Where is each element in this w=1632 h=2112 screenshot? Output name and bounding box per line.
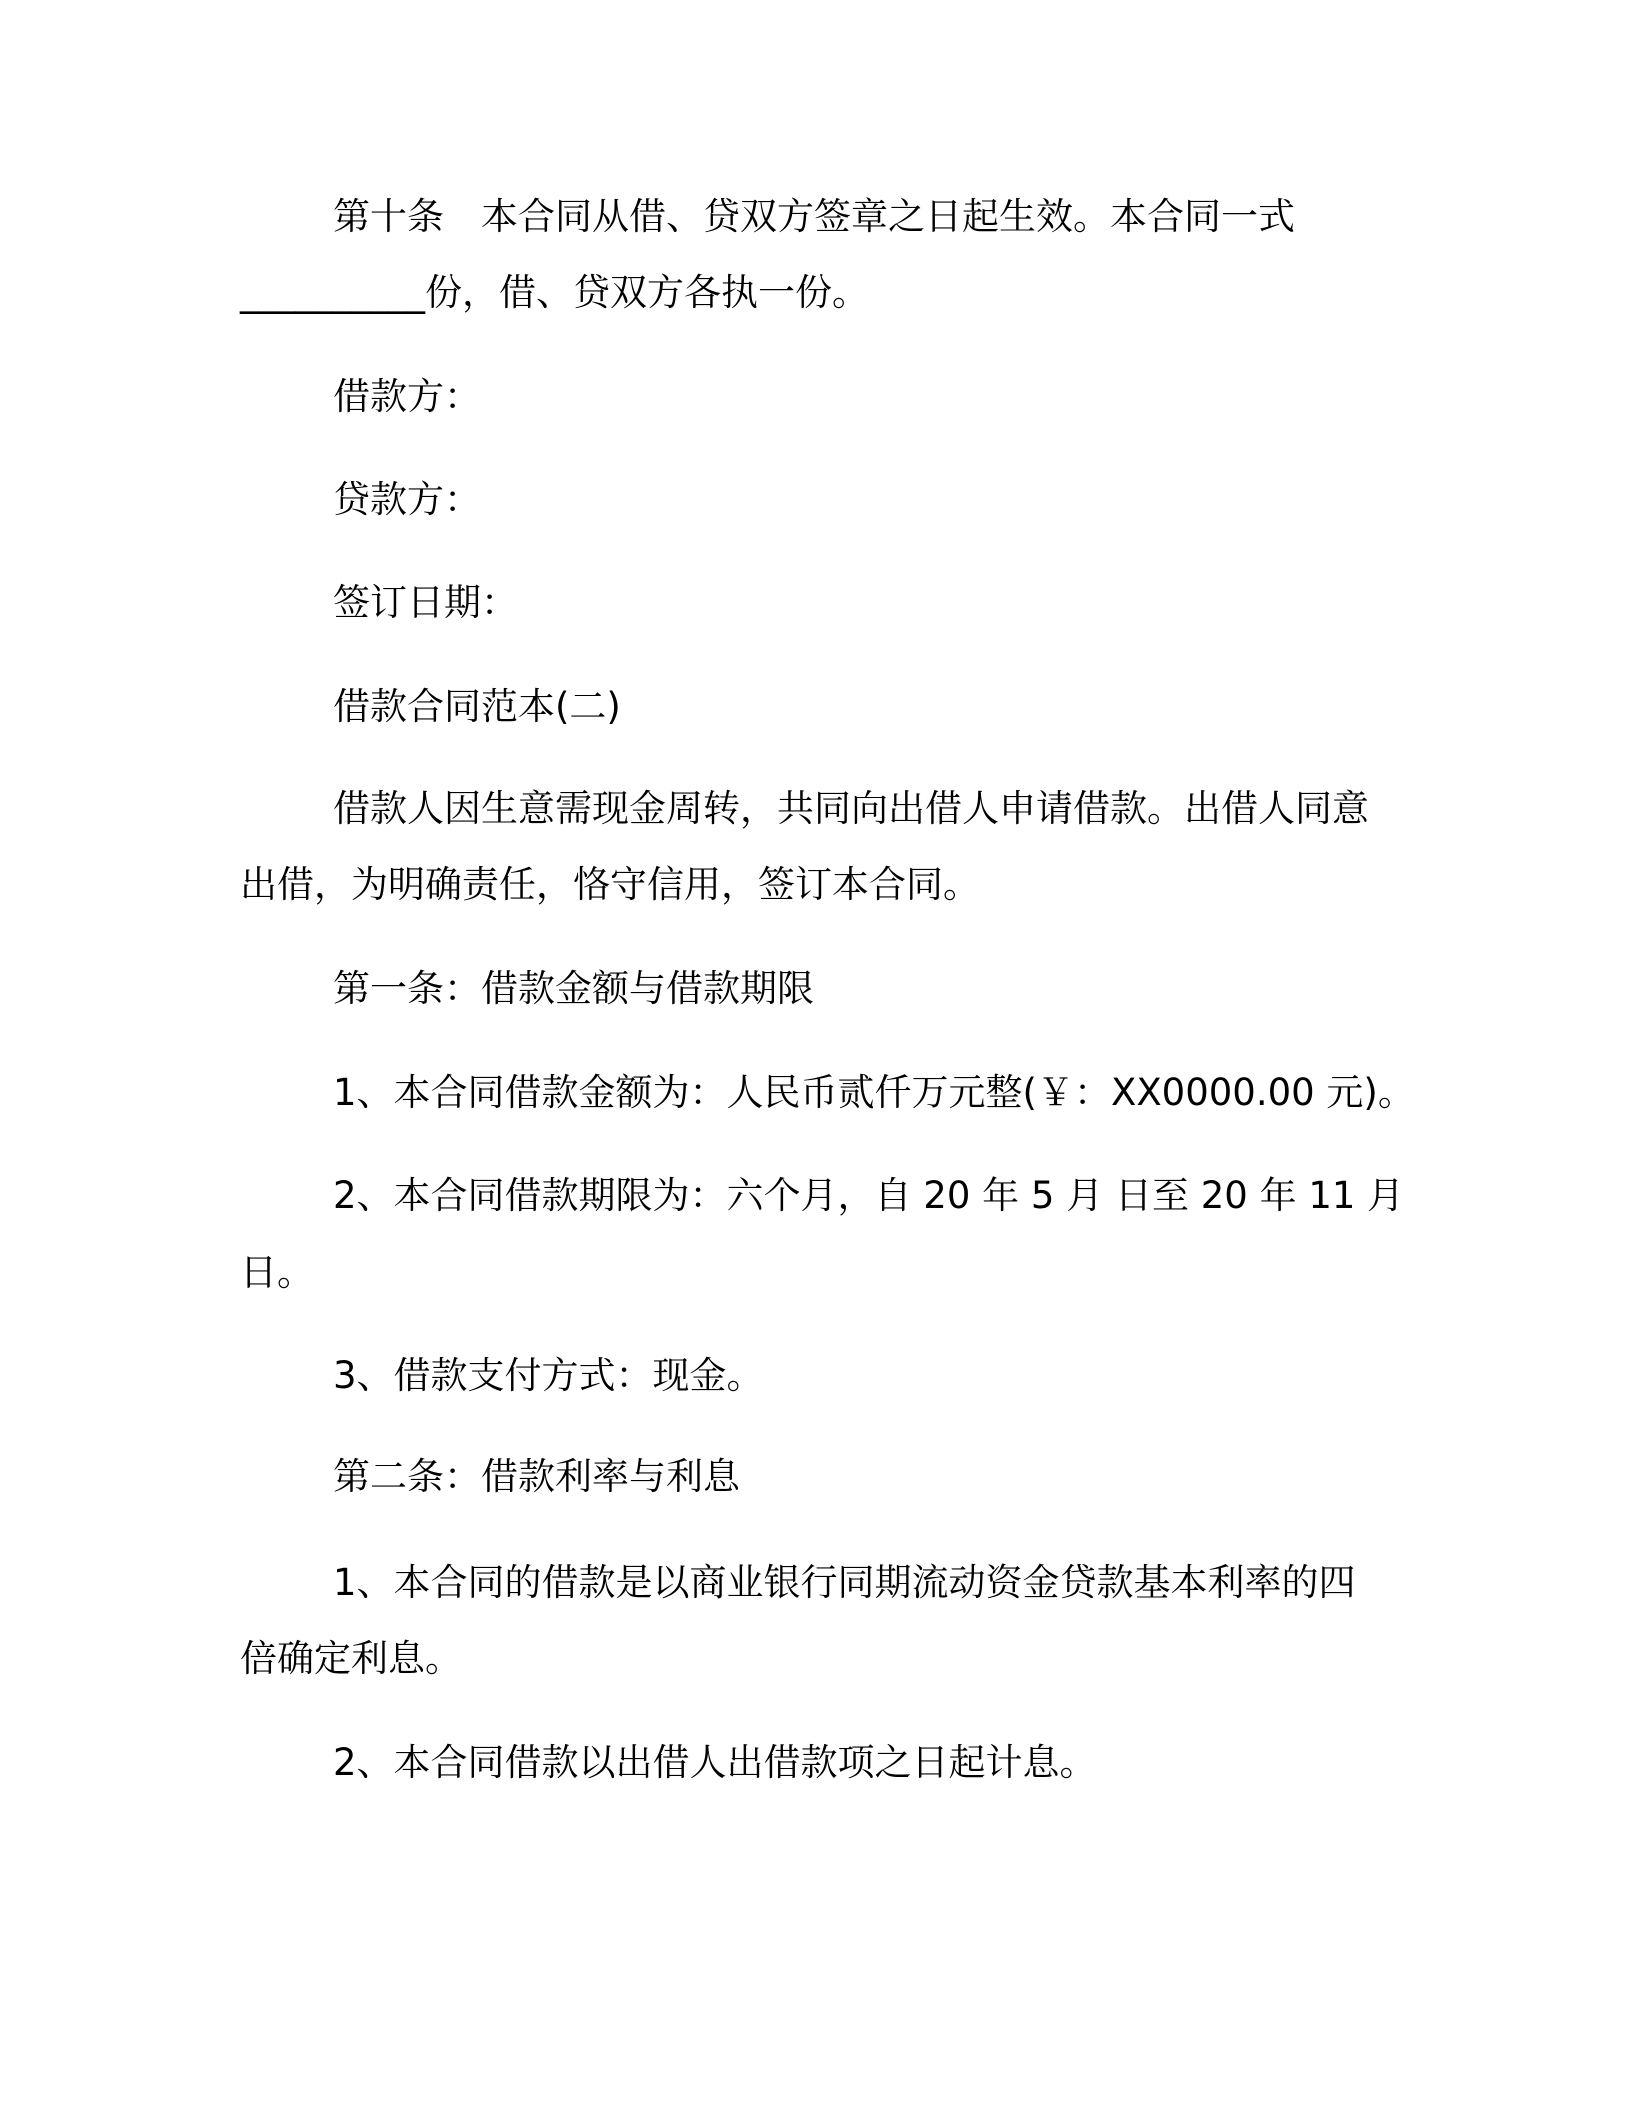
preamble-line-2: 出借，为明确责任，恪守信用，签订本合同。 — [240, 861, 980, 909]
lender-signature-label: 贷款方： — [333, 476, 481, 524]
document-page: 第十条 本合同从借、贷双方签章之日起生效。本合同一式 __________份，借… — [0, 0, 1632, 2112]
article-1-heading: 第一条：借款金额与借款期限 — [333, 965, 814, 1013]
article-10-copies-clause: __________份，借、贷双方各执一份。 — [240, 269, 869, 317]
preamble-line-1: 借款人因生意需现金周转，共同向出借人申请借款。出借人同意 — [333, 785, 1369, 833]
borrower-signature-label: 借款方： — [333, 373, 481, 421]
article-1-item-3-payment: 3、借款支付方式：现金。 — [333, 1352, 764, 1400]
signing-date-label: 签订日期： — [333, 579, 518, 627]
article-1-item-1-amount: 1、本合同借款金额为：人民币贰仟万元整(￥：XX0000.00 元)。 — [333, 1069, 1415, 1117]
article-2-item-2-interest-start: 2、本合同借款以出借人出借款项之日起计息。 — [333, 1739, 1097, 1787]
article-1-item-2-term: 2、本合同借款期限为：六个月，自 20 年 5 月 日至 20 年 11 月 — [333, 1172, 1404, 1220]
article-2-heading: 第二条：借款利率与利息 — [333, 1453, 740, 1501]
contract-template-2-title: 借款合同范本(二) — [333, 683, 621, 731]
article-2-item-1-rate-cont: 倍确定利息。 — [240, 1635, 462, 1683]
article-10-effective-clause: 第十条 本合同从借、贷双方签章之日起生效。本合同一式 — [333, 193, 1295, 241]
article-2-item-1-rate: 1、本合同的借款是以商业银行同期流动资金贷款基本利率的四 — [333, 1559, 1356, 1607]
article-1-item-2-term-cont: 日。 — [240, 1249, 314, 1297]
